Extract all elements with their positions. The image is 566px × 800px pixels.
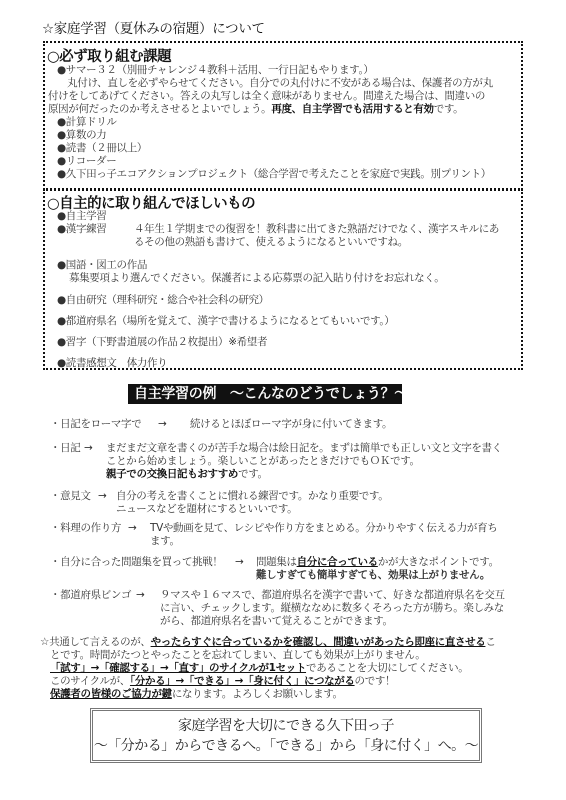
- page-title: ☆家庭学習（夏休みの宿題）について: [42, 17, 265, 37]
- list-item: ●久下田っ子エコアクションプロジェクト（総合学習で考えたことを家庭で実践。別プリ…: [57, 168, 491, 181]
- arrow-icon: →: [98, 490, 106, 503]
- arrow-icon: →: [235, 556, 243, 569]
- list-item: ●算数の力: [57, 129, 106, 142]
- list-item: ●国語・図工の作品: [57, 259, 147, 272]
- list-item: ●リコーダー: [57, 155, 116, 168]
- closing-box: 家庭学習を大切にできる久下田っ子 ～「分かる」からできるへ。「できる」から「身に…: [90, 708, 482, 763]
- example-text: ことから始めましょう。楽しいことがあったときだけでもＯＫです。: [106, 455, 420, 468]
- arrow-icon: →: [128, 522, 136, 535]
- list-item: ●読書感想文 体力作り: [57, 357, 167, 370]
- summer32-item: ●サマー３２（別冊チャレンジ４教科＋活用、一行日記もやります。）: [57, 64, 374, 77]
- list-item: ●読書（２冊以上）: [57, 142, 147, 155]
- list-item: ●計算ドリル: [57, 116, 117, 129]
- summer32-note-2: 付けをしてあげてください。答えの丸写しは全く意味がありません。間違えた場合は、間…: [48, 90, 485, 103]
- common-note-1: ☆共通して言えるのが、やったらすぐに合っているかを確認し、間違いがあったら即座に…: [40, 636, 496, 649]
- arrow-icon: →: [84, 442, 92, 455]
- summer32-note-3: 原因が何だったのか考えさせるとよいでしょう。再度、自主学習でも活用すると有効です…: [48, 103, 463, 116]
- common-note-2: とです。時間がたつとやったことを忘れてしまい、直しても効果が上がりません。: [50, 649, 425, 662]
- list-item: ●漢字練習: [57, 223, 106, 236]
- list-item: ●都道府県名（場所を覚えて、漢字で書けるようになるとてもいいです。）: [57, 315, 394, 328]
- closing-line-2: ～「分かる」からできるへ。「できる」から「身に付く」へ。～: [93, 736, 479, 756]
- example-label: ・料理の作り方: [50, 522, 121, 535]
- voluntary-tasks-box: ○自主的に取り組んでほしいもの ●自主学習 ●漢字練習 ４年生１学期までの復習を…: [43, 189, 523, 370]
- example-text: に言い、チェックします。縦横ななめに数多くそろった方が勝ち。楽しみな: [160, 602, 504, 615]
- example-label: ・意見文: [50, 490, 91, 503]
- example-text: 問題集は自分に合っているかが大きなポイントです。: [256, 556, 499, 569]
- example-text: TVや動画を見て、レシピや作り方をまとめる。分かりやすく伝える力が育ち: [150, 522, 497, 535]
- examples-banner: 自主学習の例 ～こんなのどうでしょう？～: [128, 384, 402, 404]
- required-heading: ○必ず取り組む課題: [47, 45, 171, 66]
- example-text: 親子での交換日記もおすすめです。: [106, 468, 268, 481]
- example-text: まだまだ文章を書くのが苦手な場合は絵日記を。まずは簡単でも正しい文と文字を書く: [106, 442, 502, 455]
- summer32-note-1: 丸付け、直しを必ずやらせてください。自分での丸付けに不安がある場合は、保護者の方…: [57, 77, 493, 90]
- arrow-icon: →: [136, 589, 144, 602]
- example-text: がら、都道府県名を書いて覚えることができます。: [160, 615, 393, 628]
- list-item: ●自由研究（理科研究・総合や社会科の研究）: [57, 294, 269, 307]
- closing-line-1: 家庭学習を大切にできる久下田っ子: [93, 716, 479, 736]
- example-label: ・自分に合った問題集を買って挑戦！: [50, 556, 223, 569]
- example-label: ・都道府県ビンゴ: [50, 589, 131, 602]
- common-note-3: 「試す」→「確認する」→「直す」のサイクルが1セットであることを大切にしてくださ…: [50, 662, 468, 675]
- arrow-icon: →: [158, 418, 166, 431]
- example-label: ・日記: [50, 442, 80, 455]
- example-text: 続けるとほぼローマ字が身に付いてきます。: [190, 418, 392, 431]
- example-text: ます。: [150, 535, 180, 548]
- example-text: ニュースなどを題材にするといいです。: [116, 503, 297, 516]
- list-item: ●習字（下野書道展の作品２枚提出）※希望者: [57, 336, 267, 349]
- example-text: 難しすぎても簡単すぎても、効果は上がりません。: [256, 569, 490, 582]
- common-note-4: このサイクルが、「分かる」→「できる」→「身に付く」につながるのです！: [50, 675, 395, 688]
- kanji-text-2: るその他の熟語も書けて、使えるようになるといいですね。: [134, 236, 408, 249]
- common-note-5: 保護者の皆様のご協力が鍵になります。よろしくお願いします。: [50, 688, 343, 701]
- example-text: ９マスや１６マスで、都道府県名を漢字で書いて、好きな都道府県名を交互: [160, 589, 505, 602]
- example-label: ・日記をローマ字で: [50, 418, 141, 431]
- example-text: 自分の考えを書くことに慣れる練習です。かなり重要です。: [116, 490, 388, 503]
- kanji-text-1: ４年生１学期までの復習を！教科書に出てきた熟語だけでなく、漢字スキルにあ: [134, 223, 499, 236]
- list-item: ●自主学習: [57, 210, 106, 223]
- art-text: 募集要項より選んでください。保護者による応募票の記入貼り付けをお忘れなく。: [69, 272, 444, 285]
- required-tasks-box: ○必ず取り組む課題 ●サマー３２（別冊チャレンジ４教科＋活用、一行日記もやります…: [43, 41, 523, 190]
